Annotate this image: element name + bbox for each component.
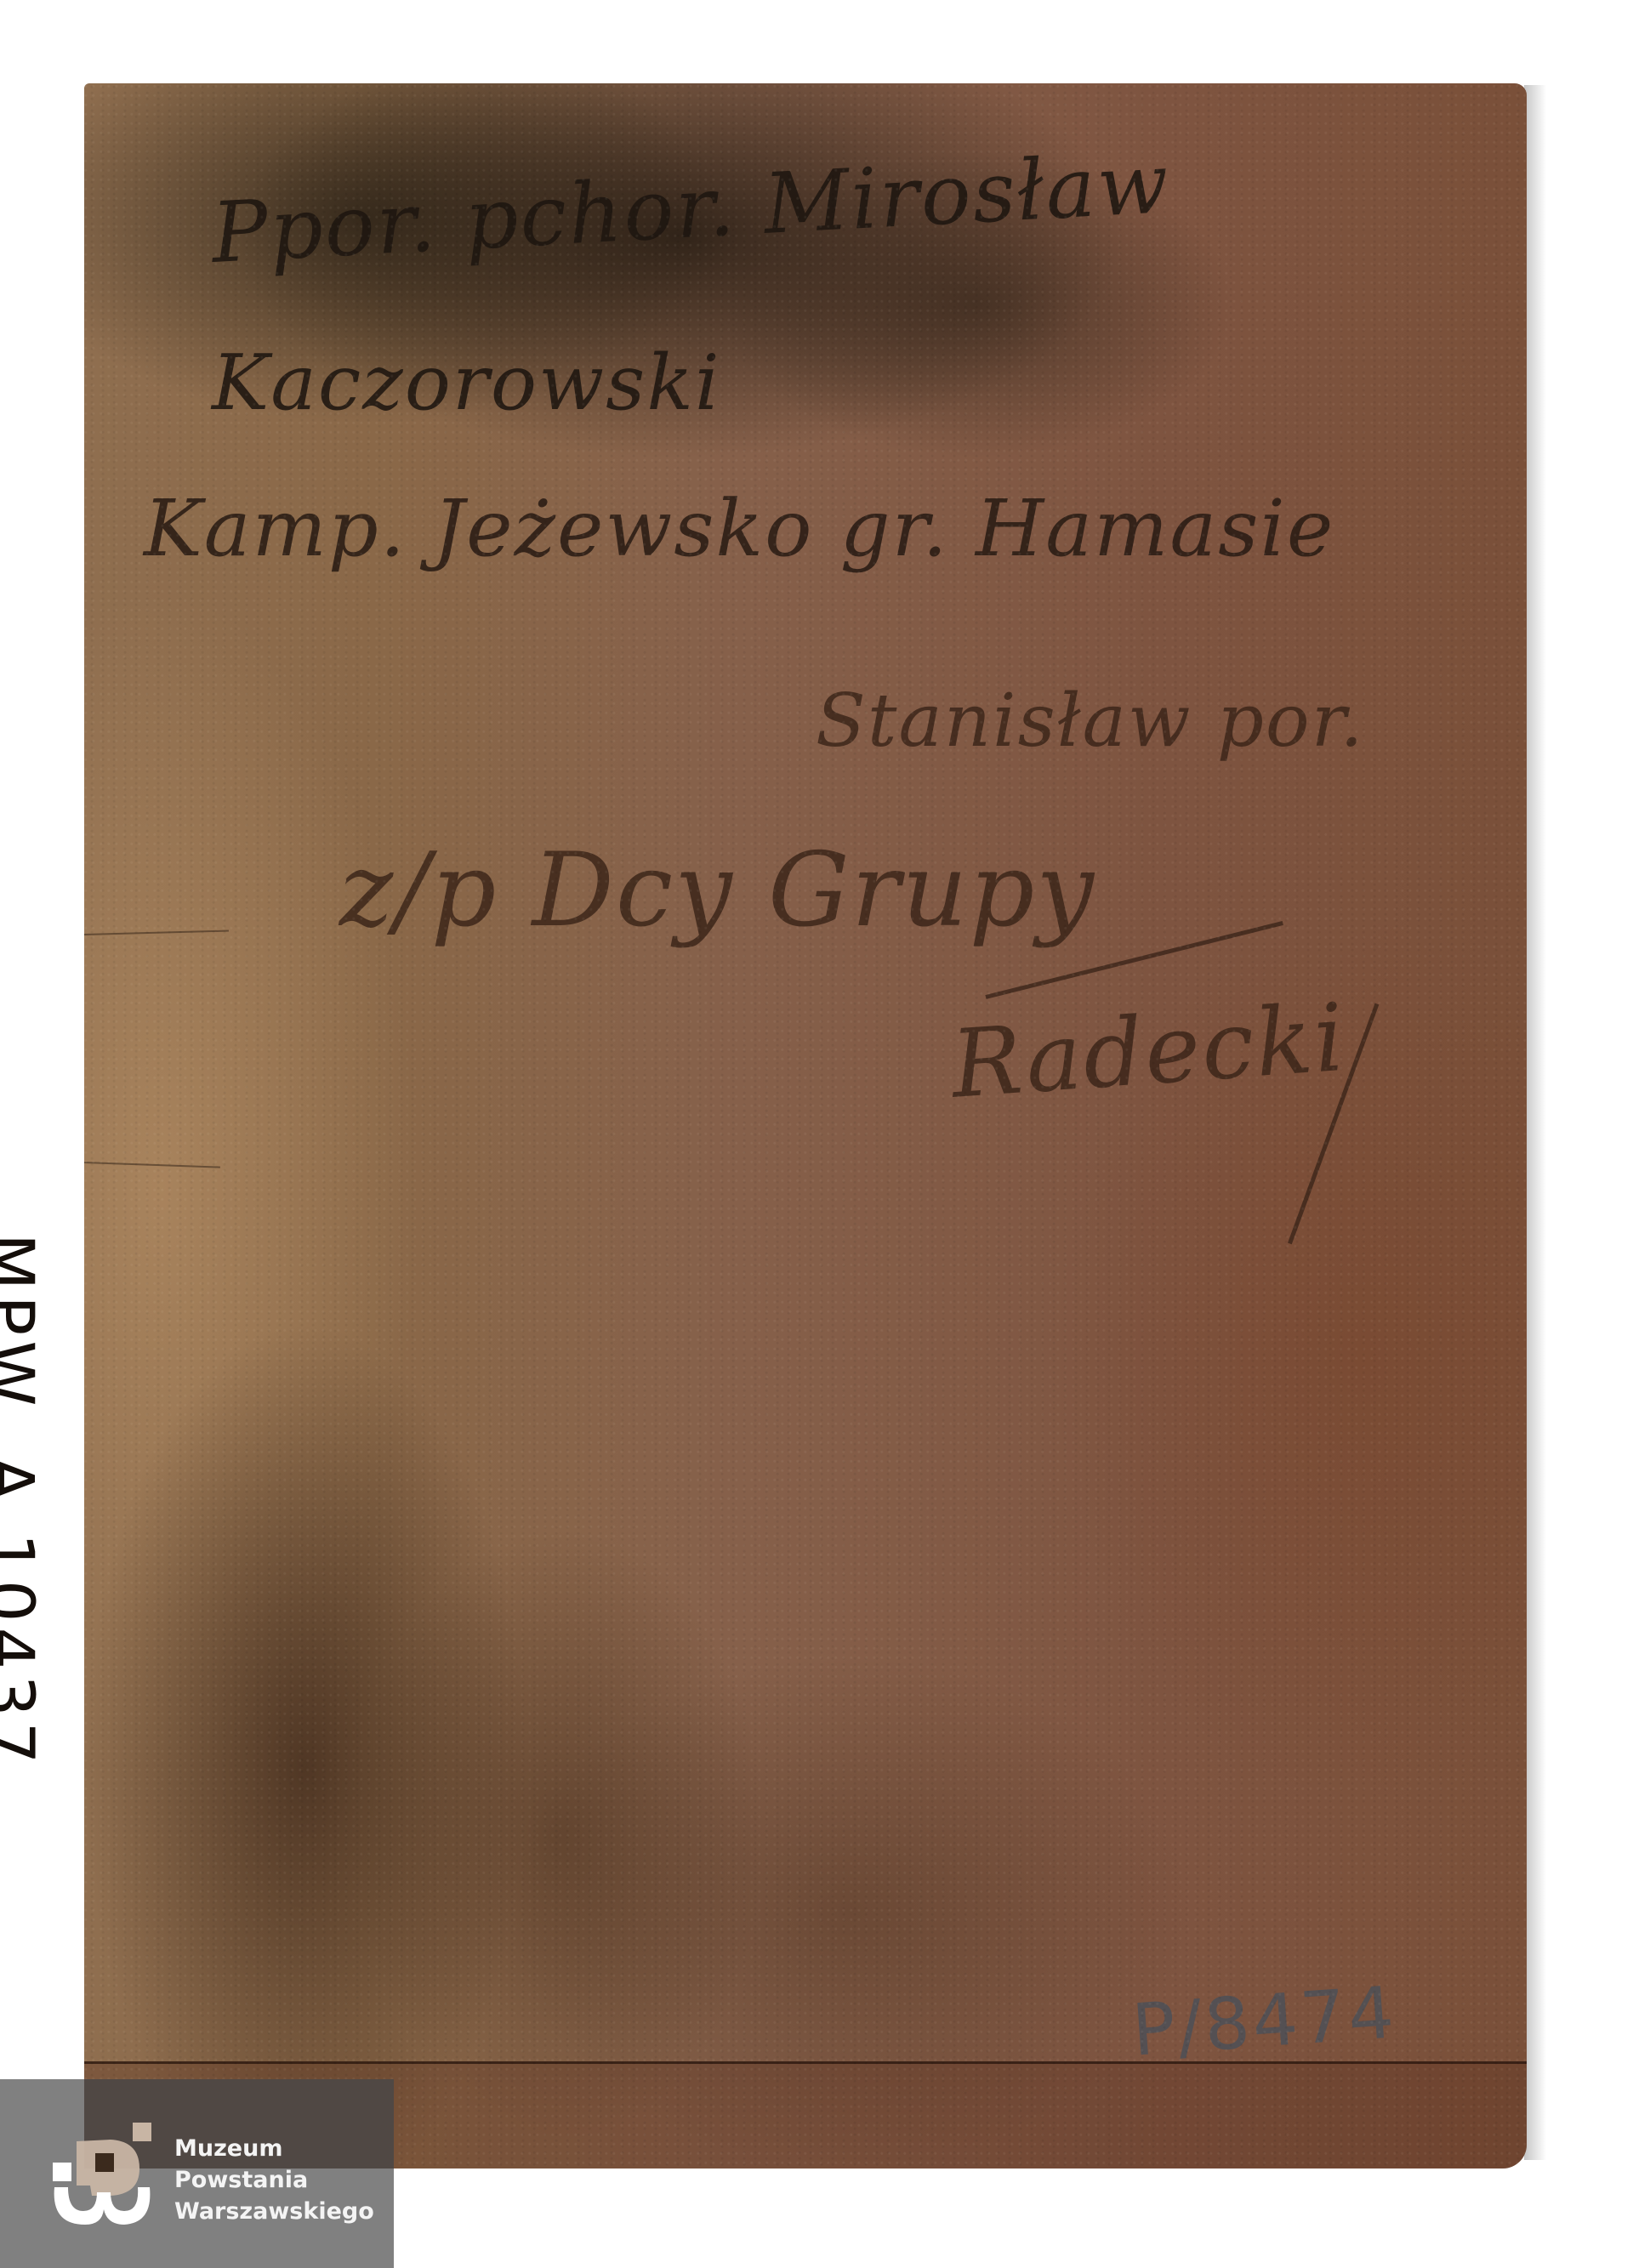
inscription-line-group-commander: z/p Dcy Grupy — [339, 832, 1095, 950]
scan-edge-shadow — [1524, 85, 1546, 2160]
photo-card-reverse: Ppor. pchor. Mirosław Kaczorowski Kamp. … — [84, 83, 1527, 2169]
crease-line — [84, 930, 229, 935]
museum-name-line2: Powstania — [174, 2164, 374, 2196]
scan-page: Ppor. pchor. Mirosław Kaczorowski Kamp. … — [0, 0, 1633, 2268]
crease-line — [84, 1162, 220, 1168]
museum-name-line3: Warszawskiego — [174, 2196, 374, 2227]
pencil-inventory-number: P/8474 — [1129, 1970, 1399, 2072]
inscription-line-officer: Stanisław por. — [816, 679, 1365, 764]
inscription-line-rank-name: Ppor. pchor. Mirosław — [209, 135, 1173, 282]
anchor-kotwica-icon — [51, 2116, 153, 2226]
vertical-inventory-number: MPW. A 10437 — [0, 1233, 47, 1769]
inscription-line-unit: Kamp. Jeżewsko gr. Hamasie — [144, 483, 1334, 574]
signature: Radecki — [948, 983, 1350, 1119]
museum-name-line1: Muzeum — [174, 2133, 374, 2164]
museum-name: Muzeum Powstania Warszawskiego — [174, 2133, 374, 2227]
inscription-line-surname: Kaczorowski — [212, 338, 721, 428]
